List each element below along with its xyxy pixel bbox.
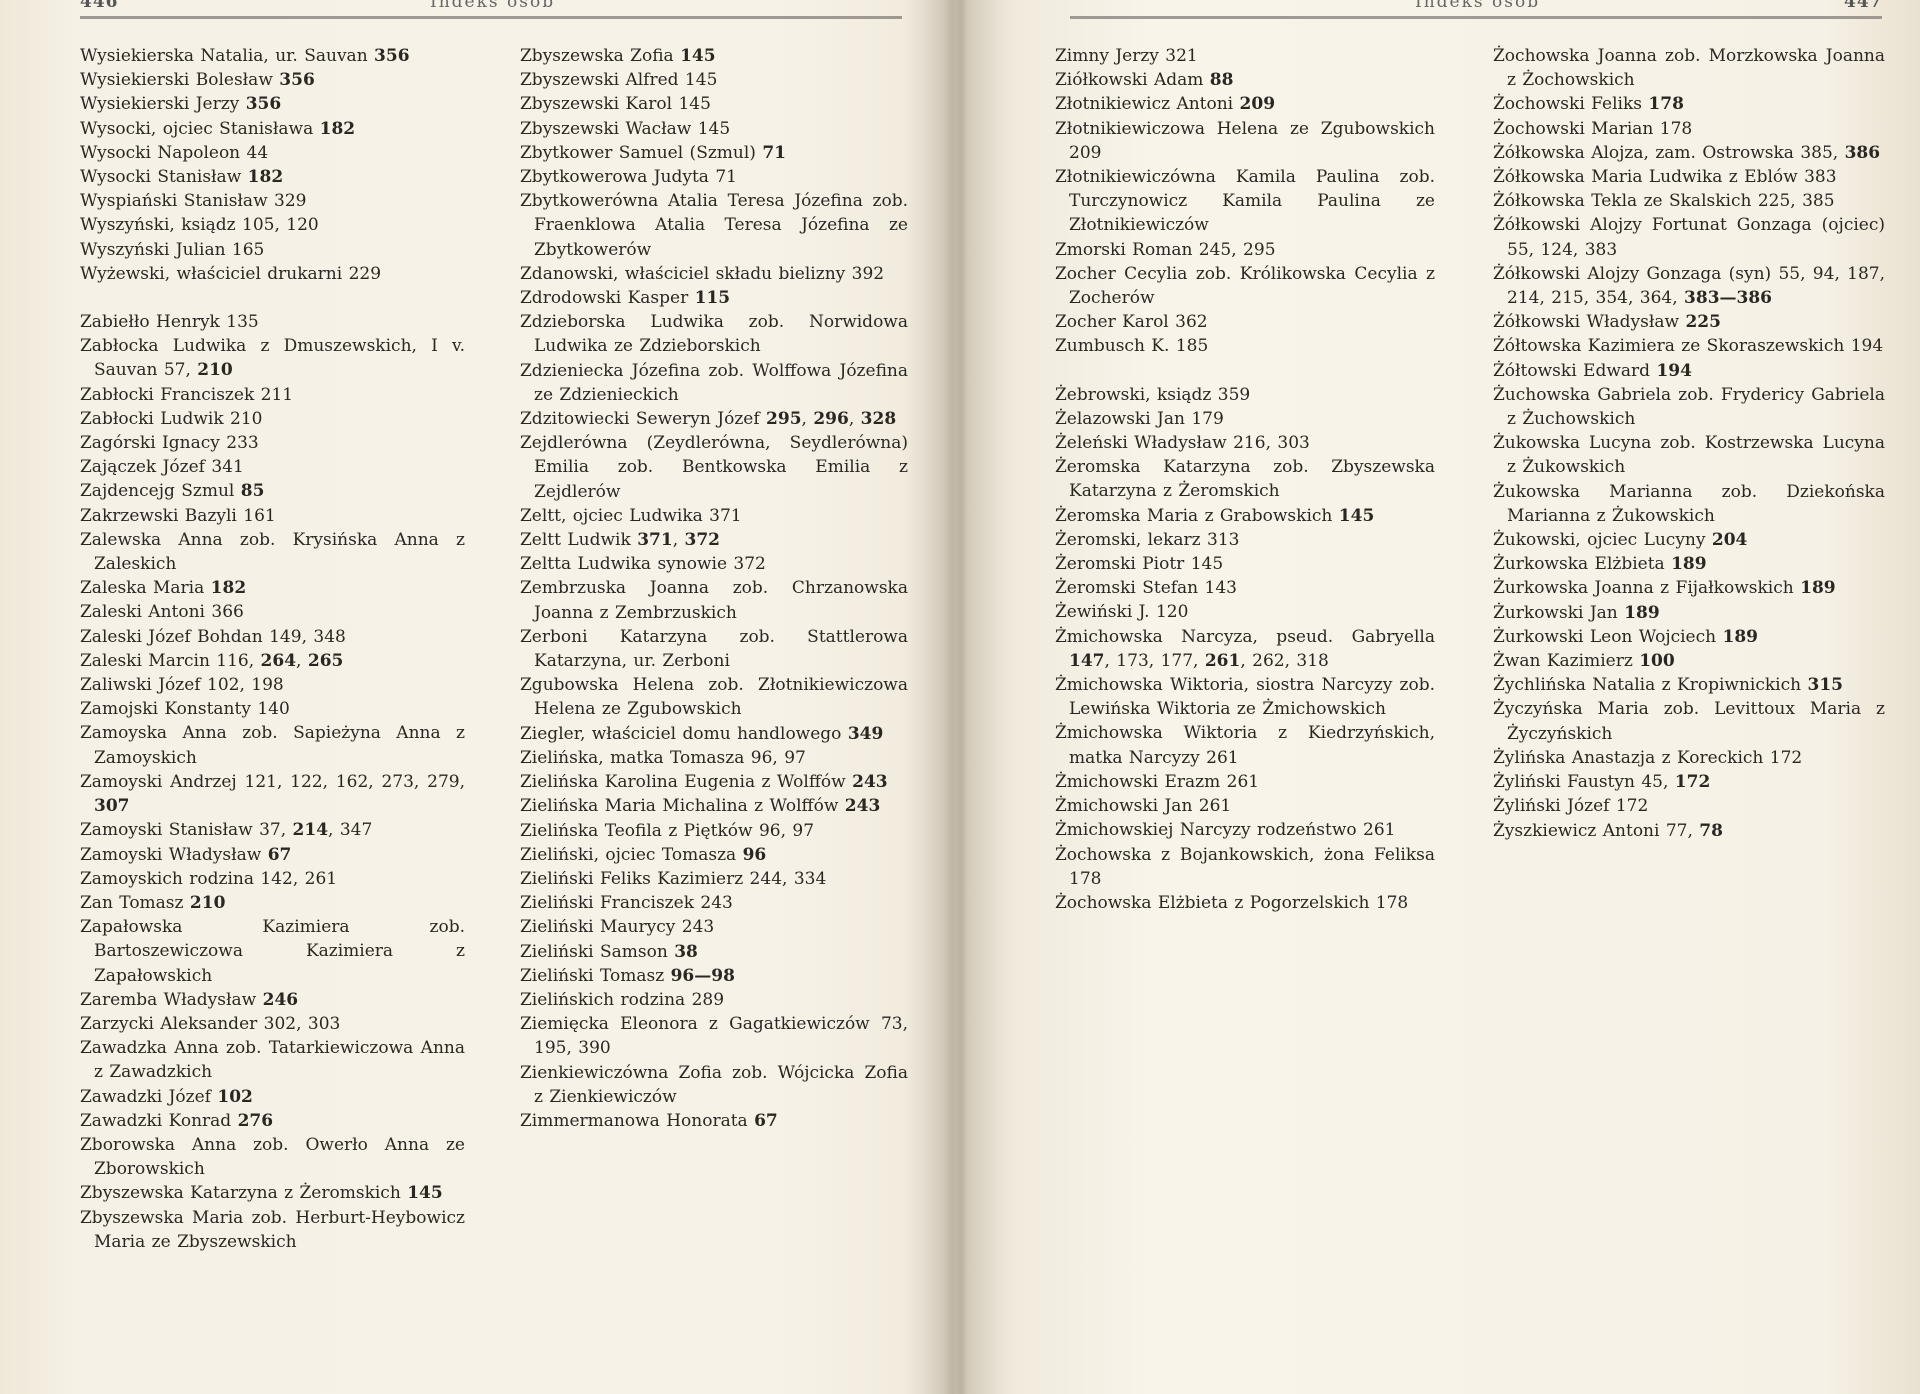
index-entry: Wysiekierski Jerzy 356	[80, 92, 465, 116]
page-ref-bold: 172	[1675, 772, 1711, 792]
entry-text: Zabłocki Ludwik 210	[80, 409, 263, 429]
index-entry: Wysocki, ojciec Stanisława 182	[80, 117, 465, 141]
page-ref-bold: 204	[1712, 530, 1748, 550]
entry-text: Zimmermanowa Honorata	[520, 1111, 754, 1131]
page-ref-bold: 356	[374, 46, 410, 66]
entry-text: Żółkowska Alojza, zam. Ostrowska 385,	[1493, 143, 1845, 163]
page-ref-bold: 67	[268, 845, 292, 865]
index-entry: Zumbusch K. 185	[1055, 334, 1435, 358]
page-ref-bold: 189	[1800, 578, 1836, 598]
index-entry: Wysiekierski Bolesław 356	[80, 68, 465, 92]
entry-text: Zaliwski Józef 102, 198	[80, 675, 284, 695]
page-ref-bold: 115	[695, 288, 731, 308]
index-entry: Zmorski Roman 245, 295	[1055, 238, 1435, 262]
index-entry: Żyszkiewicz Antoni 77, 78	[1493, 819, 1885, 843]
entry-text: Żychlińska Natalia z Kropiwnickich	[1493, 675, 1807, 695]
entry-text: Żurkowski Leon Wojciech	[1493, 627, 1723, 647]
header-rule	[1070, 16, 1882, 19]
entry-text: Zalewska Anna zob. Krysińska Anna z Zale…	[80, 530, 465, 574]
entry-text: Żebrowski, ksiądz 359	[1055, 385, 1250, 405]
entry-text: Zamojski Konstanty 140	[80, 699, 290, 719]
entry-text: Zbytkowerowa Judyta 71	[520, 167, 737, 187]
index-entry: Żurkowska Joanna z Fijałkowskich 189	[1493, 576, 1885, 600]
index-entry: Zdzieborska Ludwika zob. Norwidowa Ludwi…	[520, 310, 908, 358]
page-ref-bold: 145	[680, 46, 716, 66]
right-page: Indeks osób 447 Zimny Jerzy 321Ziółkowsk…	[960, 0, 1920, 1394]
index-entry: Żyliński Faustyn 45, 172	[1493, 770, 1885, 794]
entry-text: Zieliński Maurycy 243	[520, 917, 714, 937]
entry-text: Zamoyski Stanisław 37,	[80, 820, 293, 840]
entry-text: Zamoyskich rodzina 142, 261	[80, 869, 337, 889]
entry-text: Żurkowski Jan	[1493, 603, 1624, 623]
entry-text: Żelazowski Jan 179	[1055, 409, 1224, 429]
entry-text: Żochowska Joanna zob. Morzkowska Joanna …	[1493, 46, 1885, 90]
index-entry: Zamoyskich rodzina 142, 261	[80, 867, 465, 891]
entry-text: Żeromski Piotr 145	[1055, 554, 1223, 574]
entry-text: Żylińska Anastazja z Koreckich 172	[1493, 748, 1802, 768]
entry-text: Zocher Karol 362	[1055, 312, 1208, 332]
page-ref-bold: 194	[1656, 361, 1692, 381]
entry-text: Zdrodowski Kasper	[520, 288, 695, 308]
entry-text: Zamoyska Anna zob. Sapieżyna Anna z Zamo…	[80, 723, 465, 767]
entry-text: Wysocki Stanisław	[80, 167, 248, 187]
index-entry: Zimmermanowa Honorata 67	[520, 1109, 908, 1133]
entry-text: Zamoyski Władysław	[80, 845, 268, 865]
page-ref-bold: 96—98	[671, 966, 735, 986]
page-ref-bold: 372	[685, 530, 721, 550]
entry-text: Wyszyński Julian 165	[80, 240, 264, 260]
entry-text: Żyszkiewicz Antoni 77,	[1493, 821, 1699, 841]
index-entry: Żmichowska Narcyza, pseud. Gabryella 147…	[1055, 625, 1435, 673]
index-entry: Ziegler, właściciel domu handlowego 349	[520, 722, 908, 746]
index-entry: Zbytkowerowa Judyta 71	[520, 165, 908, 189]
page-ref-bold: 295	[766, 409, 802, 429]
page-ref-bold: 214	[293, 820, 329, 840]
entry-text: Zbyszewski Wacław 145	[520, 119, 730, 139]
entry-text: Zabłocka Ludwika z Dmuszewskich, I v. Sa…	[80, 336, 465, 380]
running-head: Indeks osób	[430, 0, 555, 12]
index-entry: Zielińska Teofila z Piętków 96, 97	[520, 819, 908, 843]
index-column: Wysiekierska Natalia, ur. Sauvan 356Wysi…	[80, 44, 465, 1254]
entry-text: Żmichowska Wiktoria z Kiedrzyńskich, mat…	[1055, 723, 1435, 767]
index-entry: Żochowska Joanna zob. Morzkowska Joanna …	[1493, 44, 1885, 92]
entry-text: Wysocki, ojciec Stanisława	[80, 119, 320, 139]
entry-text: Wyżewski, właściciel drukarni 229	[80, 264, 381, 284]
index-entry: Zdzieniecka Józefina zob. Wolffowa Józef…	[520, 359, 908, 407]
header-rule	[80, 16, 902, 19]
index-entry: Żmichowski Jan 261	[1055, 794, 1435, 818]
entry-text: Żurkowska Elżbieta	[1493, 554, 1671, 574]
index-entry: Zbytkower Samuel (Szmul) 71	[520, 141, 908, 165]
index-entry: Zieliński Feliks Kazimierz 244, 334	[520, 867, 908, 891]
index-entry: Żochowska z Bojankowskich, żona Feliksa …	[1055, 843, 1435, 891]
index-entry: Wyżewski, właściciel drukarni 229	[80, 262, 465, 286]
index-entry: Zeltt Ludwik 371, 372	[520, 528, 908, 552]
entry-text: Ziółkowski Adam	[1055, 70, 1210, 90]
index-entry: Zabłocki Ludwik 210	[80, 407, 465, 431]
page-ref-bold: 386	[1845, 143, 1881, 163]
index-entry: Zimny Jerzy 321	[1055, 44, 1435, 68]
index-entry: Złotnikiewiczówna Kamila Paulina zob. Tu…	[1055, 165, 1435, 238]
entry-text: Życzyńska Maria zob. Levittoux Maria z Ż…	[1493, 699, 1885, 743]
index-entry: Żeromski, lekarz 313	[1055, 528, 1435, 552]
entry-text: Wyspiański Stanisław 329	[80, 191, 306, 211]
page-ref-bold: 209	[1240, 94, 1276, 114]
entry-text: Zembrzuska Joanna zob. Chrzanowska Joann…	[520, 578, 908, 622]
index-entry: Żukowska Lucyna zob. Kostrzewska Lucyna …	[1493, 431, 1885, 479]
page-ref-bold: 328	[861, 409, 897, 429]
entry-text: Zarzycki Aleksander 302, 303	[80, 1014, 340, 1034]
entry-text: Zaleski Marcin 116,	[80, 651, 261, 671]
entry-text: Zbyszewski Alfred 145	[520, 70, 717, 90]
page-ref-bold: 96	[743, 845, 767, 865]
entry-text: ,	[673, 530, 685, 550]
page-ref-bold: 210	[190, 893, 226, 913]
entry-text: , 262, 318	[1240, 651, 1329, 671]
left-page: 446 Indeks osób Wysiekierska Natalia, ur…	[0, 0, 960, 1394]
entry-text: Żeleński Władysław 216, 303	[1055, 433, 1310, 453]
entry-text: Zeltt, ojciec Ludwika 371	[520, 506, 742, 526]
index-entry: Wysocki Napoleon 44	[80, 141, 465, 165]
page-ref-bold: 225	[1685, 312, 1721, 332]
index-entry: Zamoyska Anna zob. Sapieżyna Anna z Zamo…	[80, 721, 465, 769]
index-entry: Żmichowskiej Narcyzy rodzeństwo 261	[1055, 818, 1435, 842]
page-ref-bold: 371	[637, 530, 673, 550]
index-entry: Żewiński J. 120	[1055, 600, 1435, 624]
entry-text: Żmichowskiej Narcyzy rodzeństwo 261	[1055, 820, 1395, 840]
entry-text: Wysocki Napoleon 44	[80, 143, 268, 163]
index-entry: Zan Tomasz 210	[80, 891, 465, 915]
index-entry: Zaliwski Józef 102, 198	[80, 673, 465, 697]
page-ref-bold: 210	[197, 360, 233, 380]
entry-text: Wysiekierski Bolesław	[80, 70, 279, 90]
entry-text: Zapałowska Kazimiera zob. Bartoszewiczow…	[80, 917, 465, 985]
index-entry: Zawadzki Józef 102	[80, 1085, 465, 1109]
entry-text: Zaleski Józef Bohdan 149, 348	[80, 627, 346, 647]
index-entry: Zarzycki Aleksander 302, 303	[80, 1012, 465, 1036]
index-entry: Wyszyński Julian 165	[80, 238, 465, 262]
entry-text: Zbytkowerówna Atalia Teresa Józefina zob…	[520, 191, 908, 259]
index-entry: Zieliński Samson 38	[520, 940, 908, 964]
entry-text: Zbyszewska Maria zob. Herburt-Heybowicz …	[80, 1208, 465, 1252]
index-entry: Zeltta Ludwika synowie 372	[520, 552, 908, 576]
page-ref-bold: 383—386	[1684, 288, 1772, 308]
index-entry: Zembrzuska Joanna zob. Chrzanowska Joann…	[520, 576, 908, 624]
index-entry: Żółkowska Tekla ze Skalskich 225, 385	[1493, 189, 1885, 213]
entry-text: Zdzieborska Ludwika zob. Norwidowa Ludwi…	[520, 312, 908, 356]
entry-text: Zdzitowiecki Seweryn Józef	[520, 409, 766, 429]
index-entry: Żmichowska Wiktoria, siostra Narcyzy zob…	[1055, 673, 1435, 721]
index-entry: Wyszyński, ksiądz 105, 120	[80, 213, 465, 237]
page-ref-bold: 356	[279, 70, 315, 90]
index-entry: Zbytkowerówna Atalia Teresa Józefina zob…	[520, 189, 908, 262]
entry-text: Zielińska, matka Tomasza 96, 97	[520, 748, 806, 768]
index-entry: Zocher Cecylia zob. Królikowska Cecylia …	[1055, 262, 1435, 310]
index-entry: Zbyszewska Katarzyna z Żeromskich 145	[80, 1181, 465, 1205]
entry-text: Zielińskich rodzina 289	[520, 990, 724, 1010]
page-ref-bold: 147	[1069, 651, 1105, 671]
index-entry: Żukowski, ojciec Lucyny 204	[1493, 528, 1885, 552]
index-entry: Zgubowska Helena zob. Złotnikiewiczowa H…	[520, 673, 908, 721]
index-entry: Zielińska Maria Michalina z Wolffów 243	[520, 794, 908, 818]
index-entry: Zienkiewiczówna Zofia zob. Wójcicka Zofi…	[520, 1061, 908, 1109]
entry-text: Złotnikiewiczowa Helena ze Zgubowskich 2…	[1055, 119, 1435, 163]
page-ref-bold: 102	[217, 1087, 253, 1107]
index-entry: Żółkowska Alojza, zam. Ostrowska 385, 38…	[1493, 141, 1885, 165]
index-entry: Zalewska Anna zob. Krysińska Anna z Zale…	[80, 528, 465, 576]
index-entry: Żuchowska Gabriela zob. Frydericy Gabrie…	[1493, 383, 1885, 431]
entry-text: Zabłocki Franciszek 211	[80, 385, 293, 405]
entry-text: Zieliński Samson	[520, 942, 674, 962]
entry-text: Zawadzki Konrad	[80, 1111, 238, 1131]
index-entry: Żurkowski Jan 189	[1493, 601, 1885, 625]
index-entry: Żółtowski Edward 194	[1493, 359, 1885, 383]
entry-text: Złotnikiewiczówna Kamila Paulina zob. Tu…	[1055, 167, 1435, 235]
entry-text: Zieliński, ojciec Tomasza	[520, 845, 743, 865]
page-ref-bold: 88	[1210, 70, 1234, 90]
index-entry: Zdanowski, właściciel składu bielizny 39…	[520, 262, 908, 286]
index-entry: Żochowski Feliks 178	[1493, 92, 1885, 116]
page-number: 446	[80, 0, 119, 12]
index-entry: Wysiekierska Natalia, ur. Sauvan 356	[80, 44, 465, 68]
entry-text: Żochowski Feliks	[1493, 94, 1648, 114]
index-entry: Zaleska Maria 182	[80, 576, 465, 600]
index-entry: Zieliński Franciszek 243	[520, 891, 908, 915]
entry-text: , 173, 177,	[1105, 651, 1205, 671]
entry-text: Zielińska Teofila z Piętków 96, 97	[520, 821, 814, 841]
index-entry: Zaleski Marcin 116, 264, 265	[80, 649, 465, 673]
entry-text: Żurkowska Joanna z Fijałkowskich	[1493, 578, 1800, 598]
index-entry: Zamoyski Władysław 67	[80, 843, 465, 867]
entry-text: Wysiekierska Natalia, ur. Sauvan	[80, 46, 374, 66]
entry-text: Żochowska z Bojankowskich, żona Feliksa …	[1055, 845, 1435, 889]
index-entry: Żeromski Stefan 143	[1055, 576, 1435, 600]
index-entry: Żochowski Marian 178	[1493, 117, 1885, 141]
index-entry: Zbyszewski Wacław 145	[520, 117, 908, 141]
index-entry: Zabiełło Henryk 135	[80, 310, 465, 334]
entry-text: ,	[849, 409, 861, 429]
entry-text: Zdanowski, właściciel składu bielizny 39…	[520, 264, 884, 284]
entry-text: Zajączek Józef 341	[80, 457, 244, 477]
entry-text: Ziemięcka Eleonora z Gagatkiewiczów 73, …	[520, 1014, 908, 1058]
page-ref-bold: 307	[94, 796, 130, 816]
entry-text: Żeromski, lekarz 313	[1055, 530, 1240, 550]
index-entry: Zakrzewski Bazyli 161	[80, 504, 465, 528]
entry-text: Żeromski Stefan 143	[1055, 578, 1237, 598]
index-entry: Złotnikiewiczowa Helena ze Zgubowskich 2…	[1055, 117, 1435, 165]
entry-text: Żyliński Józef 172	[1493, 796, 1648, 816]
index-entry: Zajdencejg Szmul 85	[80, 479, 465, 503]
page-ref-bold: 178	[1648, 94, 1684, 114]
entry-text: Żeromska Katarzyna zob. Zbyszewska Katar…	[1055, 457, 1435, 501]
index-entry: Żeromska Katarzyna zob. Zbyszewska Katar…	[1055, 455, 1435, 503]
entry-text: Złotnikiewicz Antoni	[1055, 94, 1240, 114]
entry-text: Zeltt Ludwik	[520, 530, 637, 550]
index-entry: Zagórski Ignacy 233	[80, 431, 465, 455]
page-ref-bold: 243	[845, 796, 881, 816]
entry-text: Zielińska Karolina Eugenia z Wolffów	[520, 772, 852, 792]
index-entry: Żychlińska Natalia z Kropiwnickich 315	[1493, 673, 1885, 697]
page-ref-bold: 264	[261, 651, 297, 671]
index-entry: Zamojski Konstanty 140	[80, 697, 465, 721]
entry-text: Zerboni Katarzyna zob. Stattlerowa Katar…	[520, 627, 908, 671]
index-entry: Ziółkowski Adam 88	[1055, 68, 1435, 92]
index-entry: Zajączek Józef 341	[80, 455, 465, 479]
index-entry: Zapałowska Kazimiera zob. Bartoszewiczow…	[80, 915, 465, 988]
page-ref-bold: 100	[1639, 651, 1675, 671]
entry-text: Zajdencejg Szmul	[80, 481, 241, 501]
entry-text: Zocher Cecylia zob. Królikowska Cecylia …	[1055, 264, 1435, 308]
index-entry: Żmichowska Wiktoria z Kiedrzyńskich, mat…	[1055, 721, 1435, 769]
page-ref-bold: 356	[246, 94, 282, 114]
entry-text: Ziegler, właściciel domu handlowego	[520, 724, 848, 744]
entry-text: Zeltta Ludwika synowie 372	[520, 554, 766, 574]
entry-text: Zdzieniecka Józefina zob. Wolffowa Józef…	[520, 361, 908, 405]
index-entry: Zejdlerówna (Zeydlerówna, Seydlerówna) E…	[520, 431, 908, 504]
index-entry: Zielińska, matka Tomasza 96, 97	[520, 746, 908, 770]
entry-text: Żukowski, ojciec Lucyny	[1493, 530, 1712, 550]
index-entry: Wyspiański Stanisław 329	[80, 189, 465, 213]
index-entry: Zbyszewska Maria zob. Herburt-Heybowicz …	[80, 1206, 465, 1254]
index-entry: Zielińskich rodzina 289	[520, 988, 908, 1012]
index-entry: Żurkowski Leon Wojciech 189	[1493, 625, 1885, 649]
entry-text: Żółkowski Alojzy Fortunat Gonzaga (ojcie…	[1493, 215, 1885, 259]
index-entry: Żurkowska Elżbieta 189	[1493, 552, 1885, 576]
page-ref-bold: 145	[1339, 506, 1375, 526]
index-entry: Żeromska Maria z Grabowskich 145	[1055, 504, 1435, 528]
index-entry: Ziemięcka Eleonora z Gagatkiewiczów 73, …	[520, 1012, 908, 1060]
index-entry: Żółtowska Kazimiera ze Skoraszewskich 19…	[1493, 334, 1885, 358]
index-entry: Zaleski Antoni 366	[80, 600, 465, 624]
entry-text: Zieliński Franciszek 243	[520, 893, 733, 913]
entry-text: Zbyszewska Zofia	[520, 46, 680, 66]
page-ref-bold: 261	[1205, 651, 1241, 671]
page-ref-bold: 265	[308, 651, 344, 671]
index-entry: Zocher Karol 362	[1055, 310, 1435, 334]
index-entry: Zbyszewska Zofia 145	[520, 44, 908, 68]
index-entry: Żukowska Marianna zob. Dziekońska Marian…	[1493, 480, 1885, 528]
entry-text: Zaremba Władysław	[80, 990, 263, 1010]
page-ref-bold: 67	[754, 1111, 778, 1131]
index-entry: Żebrowski, ksiądz 359	[1055, 383, 1435, 407]
entry-text: Zielińska Maria Michalina z Wolffów	[520, 796, 845, 816]
entry-text: Żuchowska Gabriela zob. Frydericy Gabrie…	[1493, 385, 1885, 429]
entry-text: Żochowska Elżbieta z Pogorzelskich 178	[1055, 893, 1408, 913]
index-entry: Zielińska Karolina Eugenia z Wolffów 243	[520, 770, 908, 794]
page-ref-bold: 296	[813, 409, 849, 429]
entry-text: Żmichowski Erazm 261	[1055, 772, 1259, 792]
entry-text: Zbyszewski Karol 145	[520, 94, 711, 114]
index-entry: Żylińska Anastazja z Koreckich 172	[1493, 746, 1885, 770]
entry-text: Żmichowski Jan 261	[1055, 796, 1231, 816]
index-entry: Życzyńska Maria zob. Levittoux Maria z Ż…	[1493, 697, 1885, 745]
index-entry: Żółkowski Alojzy Fortunat Gonzaga (ojcie…	[1493, 213, 1885, 261]
entry-text: Wysiekierski Jerzy	[80, 94, 246, 114]
page-ref-bold: 315	[1807, 675, 1843, 695]
entry-text: Zabiełło Henryk 135	[80, 312, 259, 332]
entry-text: Zawadzki Józef	[80, 1087, 217, 1107]
entry-text: Zienkiewiczówna Zofia zob. Wójcicka Zofi…	[520, 1063, 908, 1107]
entry-text: Żółkowski Władysław	[1493, 312, 1685, 332]
entry-text: ,	[802, 409, 814, 429]
index-entry: Zaleski Józef Bohdan 149, 348	[80, 625, 465, 649]
page-number: 447	[1844, 0, 1883, 12]
index-entry: Żmichowski Erazm 261	[1055, 770, 1435, 794]
page-ref-bold: 349	[848, 724, 884, 744]
entry-text: Zaleska Maria	[80, 578, 211, 598]
index-entry: Zabłocka Ludwika z Dmuszewskich, I v. Sa…	[80, 334, 465, 382]
page-ref-bold: 78	[1699, 821, 1723, 841]
entry-text: Zejdlerówna (Zeydlerówna, Seydlerówna) E…	[520, 433, 908, 501]
entry-text: Zgubowska Helena zob. Złotnikiewiczowa H…	[520, 675, 908, 719]
page-ref-bold: 189	[1624, 603, 1660, 623]
entry-text: Żółkowska Maria Ludwika z Eblów 383	[1493, 167, 1837, 187]
entry-text: Zieliński Feliks Kazimierz 244, 334	[520, 869, 826, 889]
running-head: Indeks osób	[1415, 0, 1540, 12]
entry-text: Żmichowska Narcyza, pseud. Gabryella	[1055, 627, 1435, 647]
page-ref-bold: 189	[1723, 627, 1759, 647]
entry-text: Zbyszewska Katarzyna z Żeromskich	[80, 1183, 407, 1203]
entry-text: Żwan Kazimierz	[1493, 651, 1639, 671]
index-entry: Zdrodowski Kasper 115	[520, 286, 908, 310]
index-entry: Żółkowski Władysław 225	[1493, 310, 1885, 334]
entry-text: Zborowska Anna zob. Owerło Anna ze Zboro…	[80, 1135, 465, 1179]
index-entry: Zawadzki Konrad 276	[80, 1109, 465, 1133]
entry-text: Zan Tomasz	[80, 893, 190, 913]
index-entry: Zdzitowiecki Seweryn Józef 295, 296, 328	[520, 407, 908, 431]
index-entry: Zabłocki Franciszek 211	[80, 383, 465, 407]
index-entry: Zbyszewski Alfred 145	[520, 68, 908, 92]
index-entry: Żelazowski Jan 179	[1055, 407, 1435, 431]
index-entry: Żółkowski Alojzy Gonzaga (syn) 55, 94, 1…	[1493, 262, 1885, 310]
entry-text: Żmichowska Wiktoria, siostra Narcyzy zob…	[1055, 675, 1435, 719]
page-ref-bold: 182	[211, 578, 247, 598]
index-entry: Zamoyski Stanisław 37, 214, 347	[80, 818, 465, 842]
entry-text: ,	[296, 651, 308, 671]
index-column: Żochowska Joanna zob. Morzkowska Joanna …	[1493, 44, 1885, 843]
entry-text: Żewiński J. 120	[1055, 602, 1188, 622]
index-entry: Żółkowska Maria Ludwika z Eblów 383	[1493, 165, 1885, 189]
page-ref-bold: 145	[407, 1183, 443, 1203]
entry-text: Zieliński Tomasz	[520, 966, 671, 986]
index-entry: Zborowska Anna zob. Owerło Anna ze Zboro…	[80, 1133, 465, 1181]
index-entry: Żwan Kazimierz 100	[1493, 649, 1885, 673]
page-ref-bold: 276	[238, 1111, 274, 1131]
index-entry: Zieliński Maurycy 243	[520, 915, 908, 939]
entry-text: Żochowski Marian 178	[1493, 119, 1692, 139]
index-entry: Żeromski Piotr 145	[1055, 552, 1435, 576]
index-entry: Zbyszewski Karol 145	[520, 92, 908, 116]
entry-text: Żółkowska Tekla ze Skalskich 225, 385	[1493, 191, 1835, 211]
entry-text: Zawadzka Anna zob. Tatarkiewiczowa Anna …	[80, 1038, 465, 1082]
index-entry: Zieliński, ojciec Tomasza 96	[520, 843, 908, 867]
entry-text: Żyliński Faustyn 45,	[1493, 772, 1675, 792]
page-ref-bold: 182	[248, 167, 284, 187]
index-entry: Zieliński Tomasz 96—98	[520, 964, 908, 988]
entry-text: Żukowska Marianna zob. Dziekońska Marian…	[1493, 482, 1885, 526]
entry-text: Żeromska Maria z Grabowskich	[1055, 506, 1339, 526]
entry-text: , 347	[328, 820, 372, 840]
entry-text: Żółtowski Edward	[1493, 361, 1656, 381]
entry-text: Zakrzewski Bazyli 161	[80, 506, 276, 526]
index-entry: Złotnikiewicz Antoni 209	[1055, 92, 1435, 116]
entry-text: Zaleski Antoni 366	[80, 602, 244, 622]
index-entry: Zerboni Katarzyna zob. Stattlerowa Katar…	[520, 625, 908, 673]
page-ref-bold: 182	[320, 119, 356, 139]
entry-text: Zamoyski Andrzej 121, 122, 162, 273, 279…	[80, 772, 465, 792]
book-spread: 446 Indeks osób Wysiekierska Natalia, ur…	[0, 0, 1920, 1394]
entry-text: Żółtowska Kazimiera ze Skoraszewskich 19…	[1493, 336, 1883, 356]
